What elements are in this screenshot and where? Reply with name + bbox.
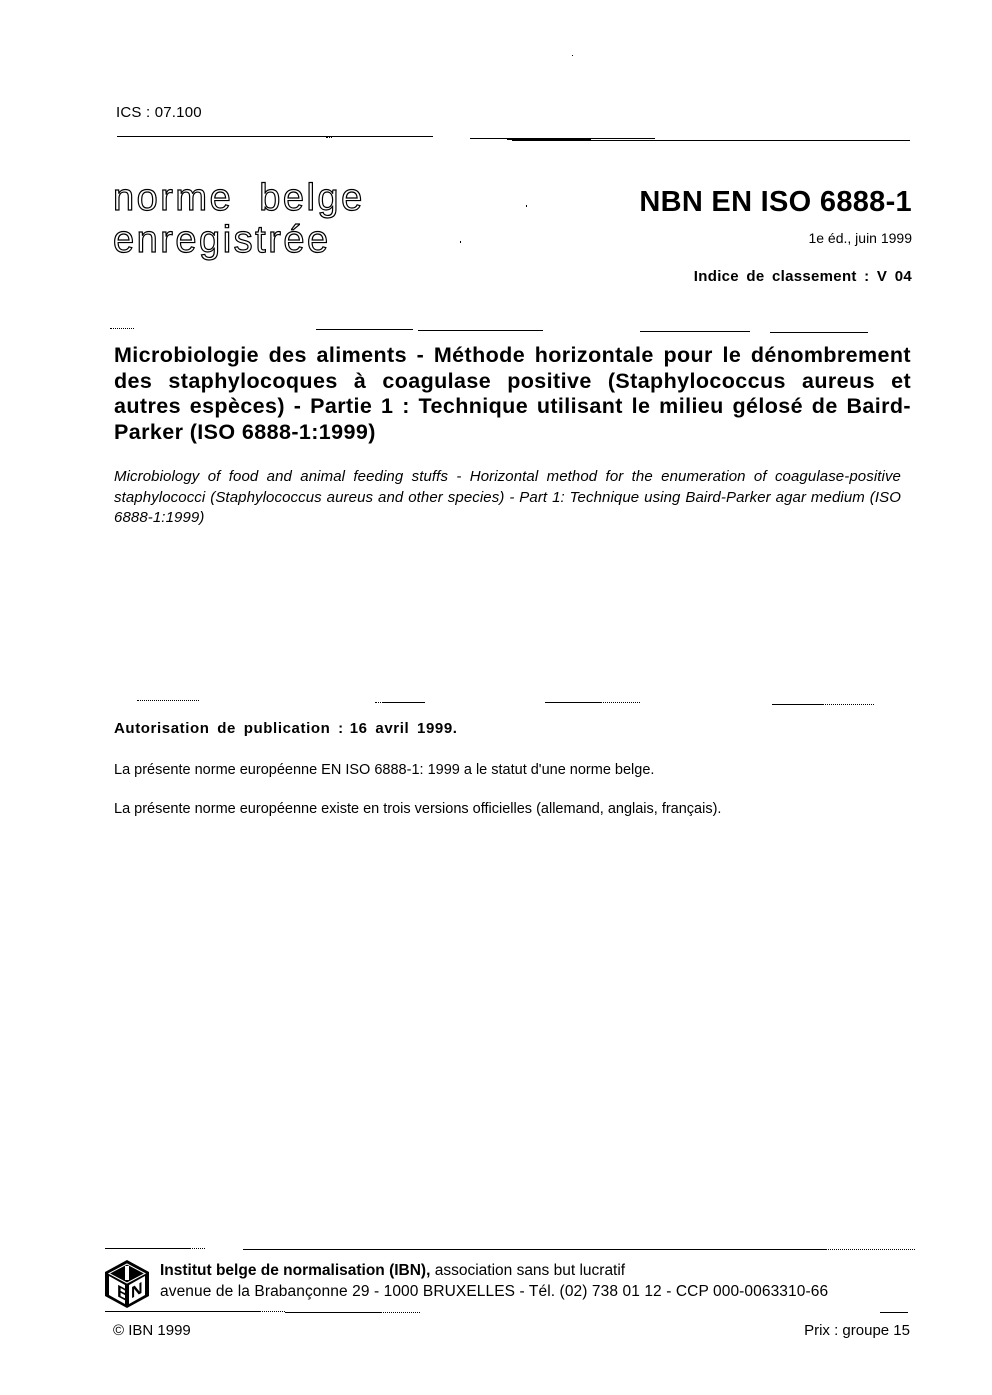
scan-speck [572,55,573,56]
footer-divider [190,1248,205,1249]
publication-divider [600,702,640,703]
footer-divider [380,1312,420,1313]
publication-divider [137,700,199,701]
brand-word-norme: norme [113,177,233,219]
classification-index: Indice de classement : V 04 [694,268,912,285]
institute-name-line: Institut belge de normalisation (IBN), a… [160,1262,625,1280]
copyright-notice: © IBN 1999 [113,1322,191,1339]
status-paragraph: La présente norme européenne EN ISO 6888… [114,762,654,778]
header-divider [117,136,433,137]
footer-divider [880,1312,908,1313]
authorization-label: Autorisation de publication : [114,720,344,737]
brand-word-belge: belge [259,177,364,219]
publication-divider [375,702,383,703]
scan-speck [526,205,527,207]
title-divider [110,328,134,329]
publication-divider [772,704,822,705]
document-title-french: Microbiologie des aliments - Méthode hor… [114,343,911,445]
ibn-cube-logo-icon: B N [102,1258,152,1310]
publication-divider [383,702,425,703]
authorization-date: 16 avril 1999. [350,720,458,737]
brand-mark: normebelge enregistrée [113,177,365,261]
versions-paragraph: La présente norme européenne existe en t… [114,801,721,817]
footer-divider [260,1311,285,1312]
price-group: Prix : groupe 15 [804,1322,910,1339]
title-divider [770,332,868,333]
institute-description: association sans but lucratif [430,1262,625,1279]
footer-divider [105,1311,260,1312]
edition-date: 1e éd., juin 1999 [808,230,912,246]
title-divider [640,331,750,332]
ics-code: ICS : 07.100 [116,104,202,121]
footer-divider [285,1312,380,1313]
publication-divider [822,704,874,705]
footer-divider [105,1248,190,1249]
publication-authorization: Autorisation de publication :16 avril 19… [114,720,458,737]
institute-address: avenue de la Brabançonne 29 - 1000 BRUXE… [160,1283,828,1301]
brand-word-enregistree: enregistrée [113,219,365,261]
scan-speck [460,241,461,243]
footer-divider [825,1249,915,1250]
institute-name: Institut belge de normalisation (IBN), [160,1262,430,1279]
standard-number: NBN EN ISO 6888-1 [639,186,912,219]
publication-divider [545,702,600,703]
title-divider [418,330,543,331]
document-title-english: Microbiology of food and animal feeding … [114,467,901,529]
title-divider [316,329,413,330]
header-divider [326,137,332,138]
footer-divider [360,1249,825,1250]
header-divider [512,140,910,141]
